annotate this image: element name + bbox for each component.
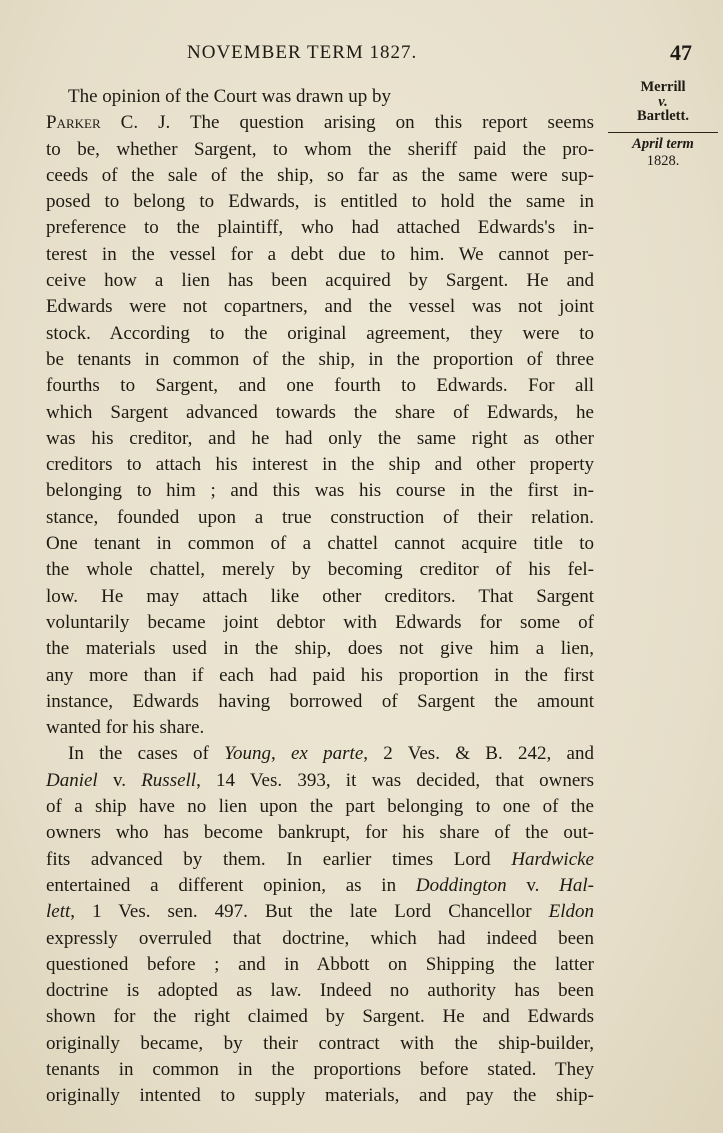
text-segment: , 1 Ves. sen. 497. But the late Lord Cha… xyxy=(70,901,548,922)
text-line: to be, whether Sargent, to whom the sher… xyxy=(46,137,594,163)
text-line: which Sargent advanced towards the share… xyxy=(46,400,594,426)
italic-citation: lett xyxy=(46,901,70,922)
text-line: be tenants in common of the ship, in the… xyxy=(46,347,594,373)
italic-citation: ex parte xyxy=(291,743,363,764)
text-line: Daniel v. Russell, 14 Ves. 393, it was d… xyxy=(46,768,594,794)
text-line: originally became, by their contract wit… xyxy=(46,1031,594,1057)
text-line: stock. According to the original agreeme… xyxy=(46,321,594,347)
italic-citation: Russell xyxy=(141,770,196,791)
text-line: questioned before ; and in Abbott on Shi… xyxy=(46,952,594,978)
court-term: April term xyxy=(606,136,720,153)
italic-citation: Eldon xyxy=(549,901,594,922)
text-line: Parker C. J. The question arising on thi… xyxy=(46,110,594,136)
case-party-defendant: Bartlett. xyxy=(606,108,720,125)
text-line: creditors to attach his interest in the … xyxy=(46,452,594,478)
text-segment: entertained a different opinion, as in xyxy=(46,875,416,896)
text-line: fourths to Sargent, and one fourth to Ed… xyxy=(46,373,594,399)
italic-citation: Hal- xyxy=(559,875,594,896)
text-segment: , 2 Ves. & B. 242, and xyxy=(363,743,594,764)
court-term-year: 1828. xyxy=(606,153,720,170)
italic-citation: Young xyxy=(224,743,271,764)
margin-rule-divider xyxy=(608,132,718,133)
italic-citation: Hardwicke xyxy=(511,849,594,870)
opinion-body-text: The opinion of the Court was drawn up by… xyxy=(46,84,594,1110)
italic-citation: Doddington xyxy=(416,875,507,896)
text-line: Edwards were not copartners, and the ves… xyxy=(46,294,594,320)
text-line: owners who has become bankrupt, for his … xyxy=(46,820,594,846)
text-line: was his creditor, and he had only the sa… xyxy=(46,426,594,452)
margin-note-case-citation: Merrill v. Bartlett. April term 1828. xyxy=(606,79,720,170)
text-line: any more than if each had paid his propo… xyxy=(46,663,594,689)
text-segment: fits advanced by them. In earlier times … xyxy=(46,849,511,870)
text-line: terest in the vessel for a debt due to h… xyxy=(46,242,594,268)
text-line: instance, Edwards having borrowed of Sar… xyxy=(46,689,594,715)
text-line: low. He may attach like other creditors.… xyxy=(46,584,594,610)
text-line: stance, founded upon a true construction… xyxy=(46,505,594,531)
text-line: One tenant in common of a chattel cannot… xyxy=(46,531,594,557)
text-line: lett, 1 Ves. sen. 497. But the late Lord… xyxy=(46,899,594,925)
text-segment: v. xyxy=(98,770,141,791)
text-line: The opinion of the Court was drawn up by xyxy=(46,84,594,110)
text-line: the whole chattel, merely by becoming cr… xyxy=(46,557,594,583)
judge-name: Parker xyxy=(46,112,101,133)
text-line: ceive how a lien has been acquired by Sa… xyxy=(46,268,594,294)
text-line: preference to the plaintiff, who had att… xyxy=(46,215,594,241)
text-line: tenants in common in the proportions bef… xyxy=(46,1057,594,1083)
text-segment: , 14 Ves. 393, it was decided, that owne… xyxy=(196,770,594,791)
text-line: In the cases of Young, ex parte, 2 Ves. … xyxy=(46,741,594,767)
text-line: posed to belong to Edwards, is entitled … xyxy=(46,189,594,215)
case-versus: v. xyxy=(606,96,720,108)
page-number: 47 xyxy=(670,40,692,66)
text-line: originally intented to supply materials,… xyxy=(46,1083,594,1109)
text-segment: , xyxy=(271,743,291,764)
text-segment: C. J. The question arising on this repor… xyxy=(101,112,594,133)
text-line: voluntarily became joint debtor with Edw… xyxy=(46,610,594,636)
text-line: ceeds of the sale of the ship, so far as… xyxy=(46,163,594,189)
running-title: NOVEMBER TERM 1827. xyxy=(187,42,417,64)
text-line: of a ship have no lien upon the part bel… xyxy=(46,794,594,820)
text-line: wanted for his share. xyxy=(46,715,594,741)
text-line: expressly overruled that doctrine, which… xyxy=(46,926,594,952)
text-segment: In the cases of xyxy=(68,743,224,764)
running-head: NOVEMBER TERM 1827. 47 xyxy=(0,42,723,72)
text-line: the materials used in the ship, does not… xyxy=(46,636,594,662)
text-line: shown for the right claimed by Sargent. … xyxy=(46,1004,594,1030)
text-line: fits advanced by them. In earlier times … xyxy=(46,847,594,873)
text-segment: v. xyxy=(507,875,560,896)
italic-citation: Daniel xyxy=(46,770,98,791)
text-line: entertained a different opinion, as in D… xyxy=(46,873,594,899)
text-line: doctrine is adopted as law. Indeed no au… xyxy=(46,978,594,1004)
text-line: belonging to him ; and this was his cour… xyxy=(46,478,594,504)
